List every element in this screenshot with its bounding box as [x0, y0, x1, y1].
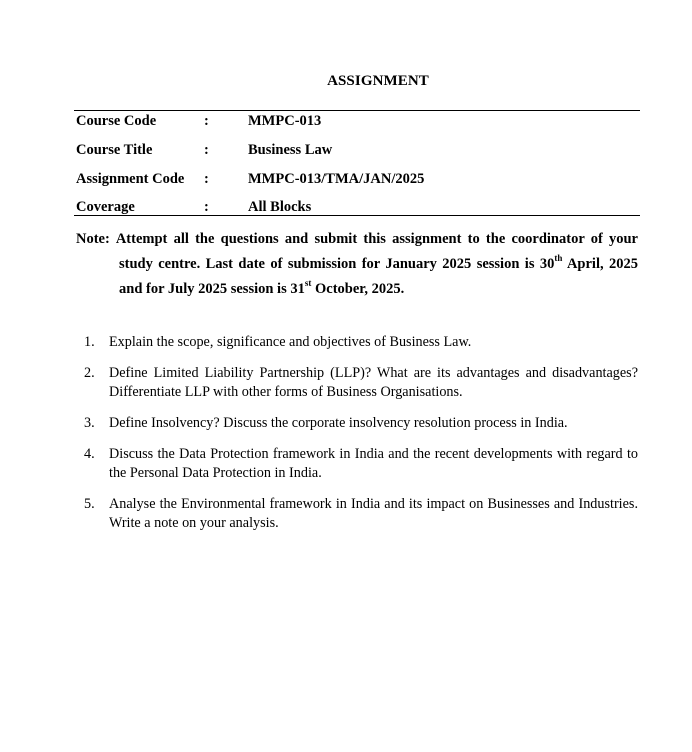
coverage-label: Coverage: [76, 199, 135, 216]
question-number: 4.: [84, 445, 95, 464]
page-title: ASSIGNMENT: [0, 73, 692, 90]
question-text: Analyse the Environmental framework in I…: [109, 495, 638, 533]
question-number: 1.: [84, 333, 95, 352]
separator: :: [204, 142, 209, 159]
submission-note: Note: Attempt all the questions and subm…: [76, 227, 638, 302]
note-prefix: Note:: [76, 227, 110, 252]
question-item: 5. Analyse the Environmental framework i…: [84, 495, 638, 533]
course-code-value: MMPC-013: [248, 113, 321, 130]
assignment-code-value: MMPC-013/TMA/JAN/2025: [248, 171, 424, 188]
question-number: 2.: [84, 364, 95, 383]
question-text: Explain the scope, significance and obje…: [109, 333, 638, 352]
course-title-value: Business Law: [248, 142, 332, 159]
note-line-2: study centre. Last date of submission fo…: [76, 252, 638, 277]
question-number: 3.: [84, 414, 95, 433]
question-item: 2. Define Limited Liability Partnership …: [84, 364, 638, 402]
course-info-table: Course Code : MMPC-013 Course Title : Bu…: [74, 110, 640, 216]
coverage-value: All Blocks: [248, 199, 311, 216]
note-text-1: Attempt all the questions and submit thi…: [110, 227, 638, 252]
course-code-label: Course Code: [76, 113, 156, 130]
question-list: 1. Explain the scope, significance and o…: [84, 333, 638, 545]
separator: :: [204, 199, 209, 216]
separator: :: [204, 171, 209, 188]
question-item: 3. Define Insolvency? Discuss the corpor…: [84, 414, 638, 433]
note-line-1: Note: Attempt all the questions and subm…: [76, 227, 638, 252]
note-text-2: study centre. Last date of submission fo…: [119, 252, 638, 277]
separator: :: [204, 113, 209, 130]
question-text: Discuss the Data Protection framework in…: [109, 445, 638, 483]
question-text: Define Limited Liability Partnership (LL…: [109, 364, 638, 402]
question-number: 5.: [84, 495, 95, 514]
question-item: 4. Discuss the Data Protection framework…: [84, 445, 638, 483]
question-item: 1. Explain the scope, significance and o…: [84, 333, 638, 352]
note-line-3: and for July 2025 session is 31st Octobe…: [76, 277, 638, 302]
course-title-label: Course Title: [76, 142, 152, 159]
question-text: Define Insolvency? Discuss the corporate…: [109, 414, 638, 433]
assignment-code-label: Assignment Code: [76, 171, 184, 188]
